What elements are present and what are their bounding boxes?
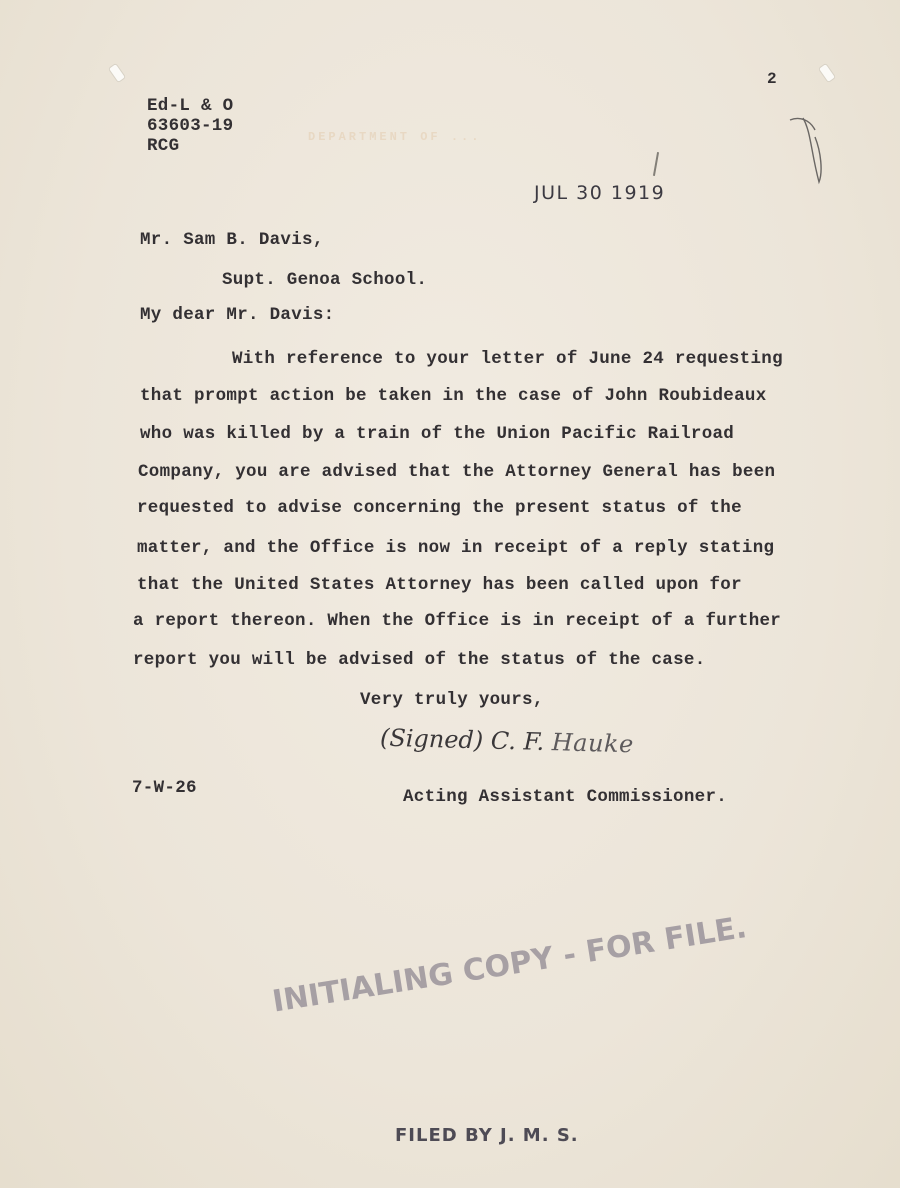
pencil-initial-icon [785, 112, 835, 187]
recipient-name: Mr. Sam B. Davis, [140, 230, 324, 250]
body-line: who was killed by a train of the Union P… [140, 424, 734, 444]
typist-code: 7-W-26 [132, 778, 197, 798]
date-stamp: JUL 30 1919 [534, 182, 665, 204]
reference-block: Ed-L & O 63603-19 RCG [147, 96, 233, 156]
body-line: a report thereon. When the Office is in … [133, 611, 781, 631]
signature-surname: Hauke [551, 728, 634, 758]
show-through-letterhead: DEPARTMENT OF ... [308, 130, 481, 144]
body-line: With reference to your letter of June 24… [232, 349, 783, 369]
staple-hole-right [818, 63, 837, 83]
body-line: matter, and the Office is now in receipt… [137, 538, 774, 558]
page-number: 2 [767, 70, 777, 88]
reference-line-1: Ed-L & O [147, 96, 233, 116]
reference-line-2: 63603-19 [147, 116, 233, 136]
body-line: Company, you are advised that the Attorn… [138, 462, 775, 482]
body-line: that the United States Attorney has been… [137, 575, 742, 595]
signer-title: Acting Assistant Commissioner. [403, 787, 727, 807]
salutation: My dear Mr. Davis: [140, 305, 334, 325]
body-line: requested to advise concerning the prese… [137, 498, 742, 518]
initialing-copy-stamp: INITIALING COPY - FOR FILE. [270, 910, 749, 1020]
reference-line-3: RCG [147, 136, 233, 156]
pencil-tick-mark [653, 152, 659, 176]
signature: (Signed) C. F. Hauke [380, 724, 634, 759]
recipient-title: Supt. Genoa School. [222, 270, 427, 290]
signature-initials: C. F. [491, 727, 545, 756]
body-line: report you will be advised of the status… [133, 650, 706, 670]
filed-by-stamp: FILED BY J. M. S. [395, 1125, 579, 1146]
signature-prefix: (Signed) [380, 724, 484, 755]
body-line: that prompt action be taken in the case … [140, 386, 767, 406]
staple-hole-left [108, 63, 127, 83]
closing: Very truly yours, [360, 690, 544, 710]
letter-page: 2 Ed-L & O 63603-19 RCG DEPARTMENT OF ..… [0, 0, 900, 1188]
